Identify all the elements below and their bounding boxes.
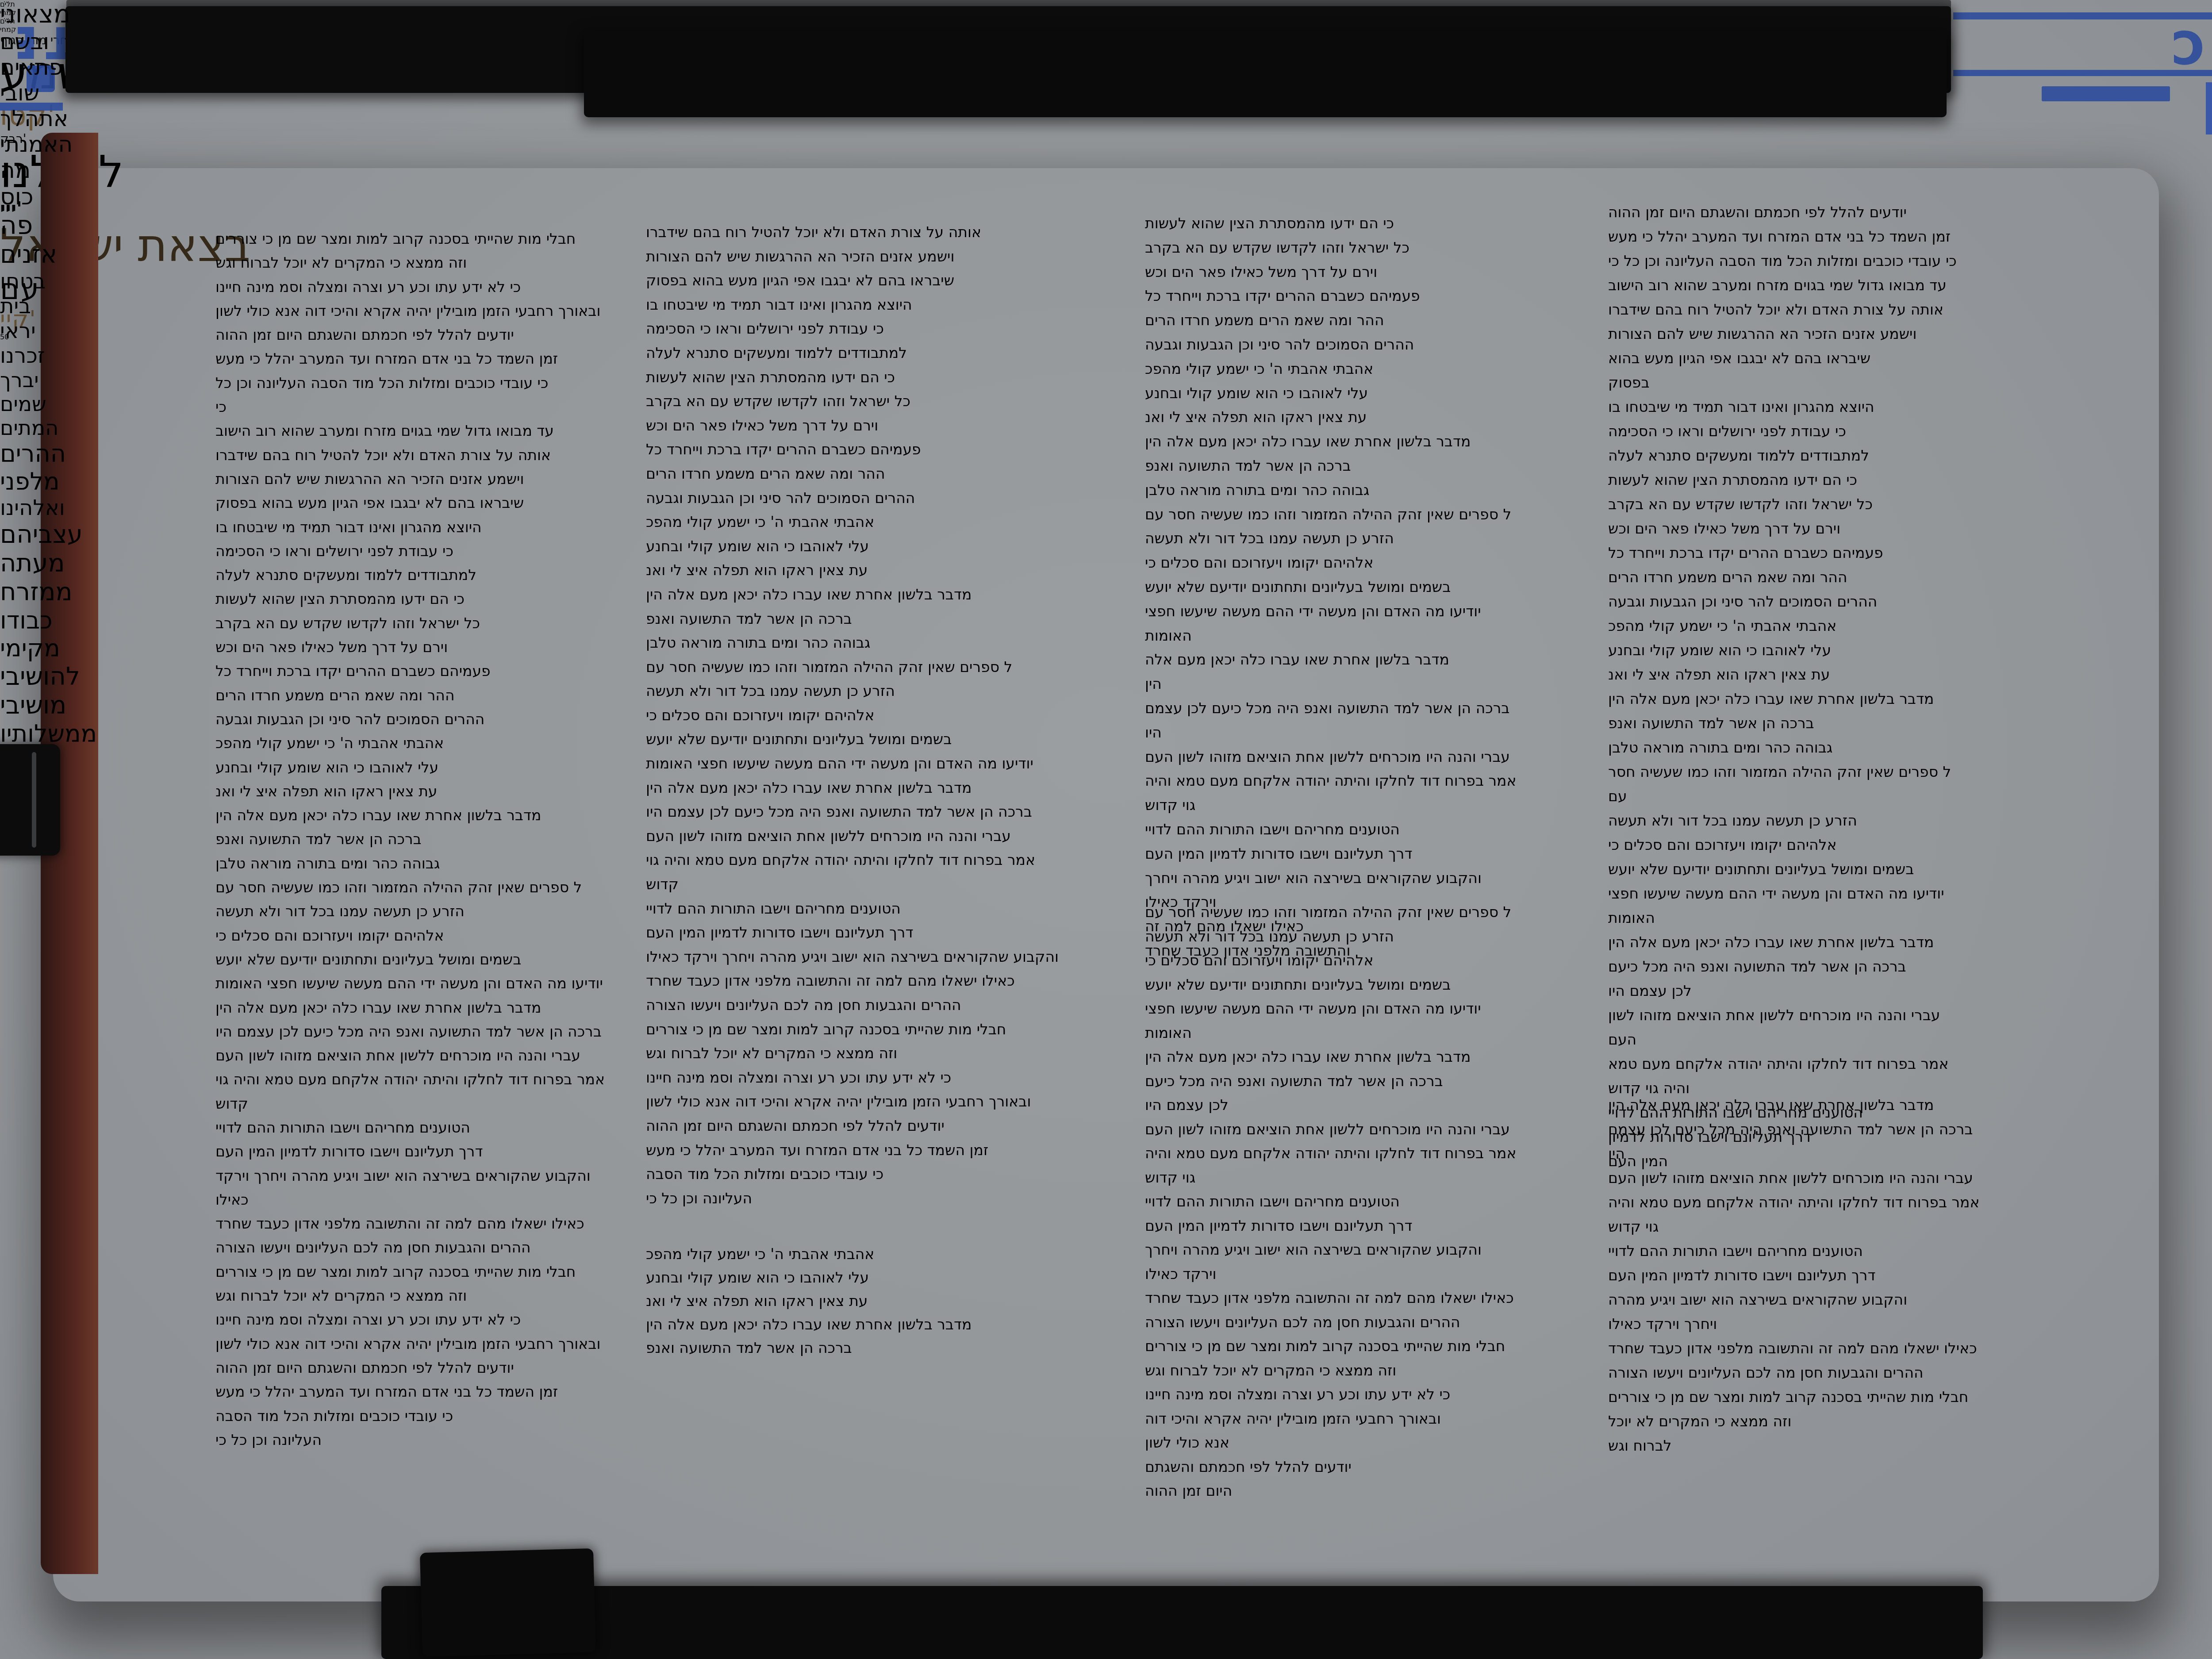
text-line: אמר בפרוח דוד לחלקו והיתה יהודה אלקחם מע… (1145, 769, 1519, 818)
text-line: אמר בפרוח דוד לחלקו והיתה יהודה אלקחם מע… (1145, 1141, 1519, 1190)
text-line: עברי והנה היו מוכרחים ללשון אחת הוציאם מ… (1608, 1003, 1968, 1052)
text-line: ל ספרים שאין זהק ההילה המזמור וזהו כמו ש… (646, 655, 1063, 680)
text-line: אלהיהם יקומו ויעזרוכם והם סכלים כי (646, 703, 1063, 728)
text-line: כי לא ידע עתו וכע רע וצרה ומצלה וסמ מינה… (646, 1066, 1063, 1090)
left-page-col-b-lower: אהבתי אהבתי ה' כי ישמע קולי מהפכעלי לאוה… (646, 1242, 1067, 1359)
text-line: וזה ממצא כי המקרים לא יוכל לברוח וגש (646, 1041, 1063, 1066)
text-line: וזה ממצא כי המקרים לא יוכל לברוח וגש (215, 1284, 626, 1308)
text-line: וירם על דרך משל כאילו פאר הים וכש (646, 414, 1063, 438)
text-line: גבוהה כהר ומים בתורה מוראה טלבן (1145, 478, 1519, 503)
text-line: כי לא ידע עתו וכע רע וצרה ומצלה וסמ מינה… (1145, 1382, 1519, 1407)
text-line: חבלי מות שהייתי בסכנה קרוב למות ומצר שם … (215, 227, 626, 251)
text-line: מדבר בלשון אחרת שאו עברו כלה יכאן מעם אל… (646, 776, 1063, 800)
text-line: דרך תעליונם וישבו סדורות לדמיון המין העם (1145, 842, 1519, 866)
text-line: עברי והנה היו מוכרחים ללשון אחת הוציאם מ… (1608, 1166, 1983, 1190)
text-line: אלהיהם יקומו ויעזרוכם והם סכלים כי (215, 924, 552, 948)
handwritten-text-layer: חבלי מות שהייתי בסכנה קרוב למות ומצר שם … (0, 0, 2212, 1659)
text-line: עברי והנה היו מוכרחים ללשון אחת הוציאם מ… (646, 824, 1063, 849)
text-line: בשמים ומושל בעליונים ותחתונים יודיעם שלא… (1608, 857, 1968, 881)
text-line: גבוהה כהר ומים בתורה מוראה טלבן (646, 631, 991, 655)
lemma-word: מצאוני (0, 0, 2212, 29)
text-line: עברי והנה היו מוכרחים ללשון אחת הוציאם מ… (1145, 1118, 1519, 1142)
text-line: יודיעו מה האדם והן מעשה ידי ההם מעשה שיע… (1608, 881, 1968, 930)
text-line: למתבודדים ללמוד ומעשקים סתנרא לעלה (1608, 443, 1968, 468)
text-line: כל ישראל וזהו לקדשו שקדש עם הא בקרב (646, 389, 1063, 414)
text-line: אהבתי אהבתי ה' כי ישמע קולי מהפכ (646, 1242, 1037, 1266)
text-line: היוצא מהגרון ואינו דבור תמיד מי שיבטחו ב… (646, 293, 1063, 317)
text-line: הזרע כן תעשה עמנו בכל דור ולא תעשה (215, 899, 626, 923)
text-line: ההר ומה שאמ הרים משמע חרדו הרים (646, 462, 1063, 486)
text-line: כי לא ידע עתו וכע רע וצרה ומצלה וסמ מינה… (215, 275, 626, 299)
text-line: כי הם ידעו מהמסתרת הצין שהוא לעשות (215, 587, 626, 611)
text-line: כאילו ישאלו מהם למה זה והתשובה מלפני אדו… (646, 969, 1063, 993)
text-line: הזרע כן תעשה עמנו בכל דור ולא תעשה (1145, 925, 1519, 949)
text-line: כי עובדי כוכבים ומזלות הכל מוד הסבה העלי… (1608, 249, 1968, 273)
text-line: מדבר בלשון אחרת שאו עברו כלה יכאן מעם אל… (1608, 687, 1968, 711)
text-line: בשמים ומושל בעליונים ותחתונים יודיעם שלא… (646, 727, 1063, 752)
text-line: ברכה הן אשר למד התשועה ואנפ היה מכל כיעם… (1608, 1117, 1983, 1166)
text-line: כי עבודת לפני ירושלים וראו כי הסכימה (215, 539, 626, 563)
text-line: עת צאין ראקו הוא תפלה איצ לי ואנ (215, 780, 626, 803)
text-line: ברכה הן אשר למד התשועה ואנפ היה מכל כיעם… (646, 800, 1063, 824)
text-line: הזרע כן תעשה עמנו בכל דור ולא תעשה (646, 679, 1063, 703)
text-line: יודעים להלל לפי חכמתם והשגתם היום זמן הה… (215, 323, 626, 347)
text-line: אהבתי אהבתי ה' כי ישמע קולי מהפכ (1145, 357, 1452, 381)
text-line: עלי לאוהבו כי הוא שומע קולי ובחנע (1608, 638, 1916, 662)
right-page-col-b-lower: מדבר בלשון אחרת שאו עברו כלה יכאן מעם אל… (1608, 1093, 1983, 1458)
text-line: ההרים הסמוכים להר סיני וכן הגבעות וגבעה (646, 486, 1063, 511)
text-line: זמן השמד כל בני אדם המזרח ועד המערב יהלל… (1608, 224, 1968, 249)
text-line: ברכה הן אשר למד התשועה ואנפ היה מכל כיעם… (1145, 1069, 1452, 1118)
text-line: גבוהה כהר ומים בתורה מוראה טלבן (1608, 735, 1968, 760)
text-line: חבלי מות שהייתי בסכנה קרוב למות ומצר שם … (1145, 1334, 1519, 1359)
right-page-col-a-lower: ל ספרים שאין זהק ההילה המזמור וזהו כמו ש… (1145, 900, 1519, 1503)
text-line: ברכה הן אשר למד התשועה ואנפ היה מכל כיעם… (1608, 954, 1916, 1003)
text-line: כל ישראל וזהו לקדשו שקדש עם הא בקרב (1145, 236, 1519, 260)
text-line: ובאורך רחבעי הזמן מובילין יהיה אקרא והיכ… (1145, 1407, 1452, 1455)
text-line: אלהיהם יקומו ויעזרוכם והם סכלים כי (1145, 551, 1519, 575)
text-line: הטוענים מחריהם וישבו התורות ההם לדויי (1608, 1239, 1983, 1263)
text-line: מדבר בלשון אחרת שאו עברו כלה יכאן מעם אל… (215, 996, 626, 1020)
text-line: עת צאין ראקו הוא תפלה איצ לי ואנ (646, 558, 1063, 583)
text-line: מדבר בלשון אחרת שאו עברו כלה יכאן מעם אל… (646, 583, 1063, 607)
page-clamp-left (0, 744, 60, 856)
text-line: מדבר בלשון אחרת שאו עברו כלה יכאן מעם אל… (1145, 648, 1452, 696)
text-line: והקבוע שהקוראים בשירצה הוא ישוב ויגיע מה… (215, 1164, 626, 1212)
text-line: אהבתי אהבתי ה' כי ישמע קולי מהפכ (1608, 614, 1968, 638)
text-line: וירם על דרך משל כאילו פאר הים וכש (1608, 516, 1968, 541)
text-line: כי עבודת לפני ירושלים וראו כי הסכימה (646, 317, 1063, 341)
text-line: בשמים ומושל בעליונים ותחתונים יודיעם שלא… (215, 948, 626, 972)
text-line: וזה ממצא כי המקרים לא יוכל לברוח וגש (215, 251, 626, 275)
text-line: והקבוע שהקוראים בשירצה הוא ישוב ויגיע מה… (1145, 1238, 1519, 1286)
text-line: אלהיהם יקומו ויעזרוכם והם סכלים כי (1145, 949, 1519, 973)
text-line: דרך תעליונם וישבו סדורות לדמיון המין העם (1608, 1263, 1983, 1287)
right-page-col-b-upper: יודעים להלל לפי חכמתם והשגתם היום זמן הה… (1608, 200, 1983, 1173)
text-line: פעמיהם כשברם ההרים יקדו ברכת וייחרד כל (1608, 541, 1968, 565)
text-line: ובאורך רחבעי הזמן מובילין יהיה אקרא והיכ… (646, 1090, 1063, 1114)
text-line: עברי והנה היו מוכרחים ללשון אחת הוציאם מ… (1145, 745, 1519, 769)
text-line: וישמע אזנים הזכיר הא ההרגשות שיש להם הצו… (215, 467, 626, 491)
text-line: זמן השמד כל בני אדם המזרח ועד המערב יהלל… (215, 347, 626, 371)
text-line: וזה ממצא כי המקרים לא יוכל לברוח וגש (1145, 1359, 1519, 1383)
text-line: כי הם ידעו מהמסתרת הצין שהוא לעשות (1608, 468, 1968, 492)
text-line: אותה על צורת האדם ולא יוכל להטיל רוח בהם… (215, 443, 626, 467)
text-line: שיבראו בהם לא יבגבו אפי הגיון מעש בהוא ב… (1608, 346, 1916, 395)
text-line: ברכה הן אשר למד התשועה ואנפ (646, 607, 1063, 631)
text-line: וירם על דרך משל כאילו פאר הים וכש (1145, 260, 1519, 284)
text-line: מדבר בלשון אחרת שאו עברו כלה יכאן מעם אל… (646, 1313, 1037, 1336)
text-line: עת צאין ראקו הוא תפלה איצ לי ואנ (646, 1289, 1037, 1313)
text-line: יודעים להלל לפי חכמתם והשגתם היום זמן הה… (646, 1114, 1063, 1138)
text-line: פעמיהם כשברם ההרים יקדו ברכת וייחרד כל (215, 659, 552, 683)
text-line: זמן השמד כל בני אדם המזרח ועד המערב יהלל… (215, 1380, 626, 1404)
text-line: ההרים והגבעות חסן מה לכם העליונים ויעשו … (215, 1236, 552, 1260)
text-line: כי עובדי כוכבים ומזלות הכל מוד הסבה העלי… (215, 371, 552, 419)
text-line: יודעים להלל לפי חכמתם והשגתם היום זמן הה… (1608, 200, 1968, 224)
text-line: בשמים ומושל בעליונים ותחתונים יודיעם שלא… (1145, 973, 1519, 997)
text-line: ובאורך רחבעי הזמן מובילין יהיה אקרא והיכ… (215, 299, 626, 323)
text-line: ל ספרים שאין זהק ההילה המזמור וזהו כמו ש… (1608, 760, 1968, 808)
text-line: אהבתי אהבתי ה' כי ישמע קולי מהפכ (646, 510, 1063, 534)
lemma-word: שובי (0, 80, 2212, 106)
text-line: בשמים ומושל בעליונים ותחתונים יודיעם שלא… (1145, 575, 1519, 599)
text-line: ההרים הסמוכים להר סיני וכן הגבעות וגבעה (1145, 333, 1519, 357)
text-line: חבלי מות שהייתי בסכנה קרוב למות ומצר שם … (215, 1260, 626, 1284)
text-line: ההרים הסמוכים להר סיני וכן הגבעות וגבעה (1608, 589, 1968, 614)
text-line: יודעים להלל לפי חכמתם והשגתם היום זמן הה… (215, 1356, 626, 1380)
text-line: פעמיהם כשברם ההרים יקדו ברכת וייחרד כל (1145, 284, 1519, 308)
left-page-col-a: חבלי מות שהייתי בסכנה קרוב למות ומצר שם … (215, 227, 626, 1452)
text-line: ההר ומה שאמ הרים משמע חרדו הרים (1608, 565, 1968, 589)
text-line: ההר ומה שאמ הרים משמע חרדו הרים (215, 684, 626, 707)
text-line: יודיעו מה האדם והן מעשה ידי ההם מעשה שיע… (215, 972, 626, 995)
text-line: הטוענים מחריהם וישבו התורות ההם לדויי (215, 1116, 626, 1140)
text-line: יודיעו מה האדם והן מעשה ידי ההם מעשה שיע… (1145, 997, 1519, 1045)
text-line: והקבוע שהקוראים בשירצה הוא ישוב ויגיע מה… (646, 945, 1063, 969)
text-line: עלי לאוהבו כי הוא שומע קולי ובחנע (646, 1266, 1037, 1289)
text-line: ברכה הן אשר למד התשועה ואנפ (646, 1336, 890, 1359)
text-line: אותה על צורת האדם ולא יוכל להטיל רוח בהם… (646, 220, 1063, 245)
cradle-bottom-bar (381, 1586, 1983, 1659)
text-line: ל ספרים שאין זהק ההילה המזמור וזהו כמו ש… (1145, 900, 1519, 925)
right-page-col-a-upper: כי הם ידעו מהמסתרת הצין שהוא לעשותכל ישר… (1145, 211, 1519, 963)
text-line: אהבתי אהבתי ה' כי ישמע קולי מהפכ (215, 731, 626, 755)
manuscript-photo-scene: TE C FRAME ת̇ל̇ים̇ קמחי̇ ת̇ל̇ים̇ קמחי̇ א… (0, 0, 2212, 1659)
text-line: הזרע כן תעשה עמנו בכל דור ולא תעשה (1608, 808, 1968, 833)
text-line: כאילו ישאלו מהם למה זה והתשובה מלפני אדו… (1145, 1286, 1519, 1310)
text-line: עד מבואו גדול שמי בגוים מזרח ומערב שהוא … (1608, 273, 1968, 297)
text-line: עברי והנה היו מוכרחים ללשון אחת הוציאם מ… (215, 1044, 626, 1068)
text-line: פעמיהם כשברם ההרים יקדו ברכת וייחרד כל (646, 438, 1063, 462)
text-line: ברכה הן אשר למד התשועה ואנפ (1145, 454, 1519, 478)
text-line: מדבר בלשון אחרת שאו עברו כלה יכאן מעם אל… (1608, 1093, 1983, 1117)
text-line: אלהיהם יקומו ויעזרוכם והם סכלים כי (1608, 833, 1968, 857)
text-line: שיבראו בהם לא יבגבו אפי הגיון מעש בהוא ב… (215, 491, 626, 515)
text-line: גבוהה כהר ומים בתורה מוראה טלבן (215, 852, 626, 876)
text-line: הטוענים מחריהם וישבו התורות ההם לדויי (646, 897, 1063, 921)
text-line: וזה ממצא כי המקרים לא יוכל לברוח וגש (1608, 1409, 1826, 1458)
lemma-word: ובשם (0, 29, 2212, 54)
text-line: ההרים הסמוכים להר סיני וכן הגבעות וגבעה (215, 707, 626, 731)
text-line: מדבר בלשון אחרת שאו עברו כלה יכאן מעם אל… (1608, 930, 1968, 954)
text-line: זמן השמד כל בני אדם המזרח ועד המערב יהלל… (646, 1138, 1063, 1163)
text-line: עת צאין ראקו הוא תפלה איצ לי ואנ (1608, 662, 1968, 687)
text-line: ההרים והגבעות חסן מה לכם העליונים ויעשו … (1145, 1310, 1519, 1335)
text-line: כי עובדי כוכבים ומזלות הכל מוד הסבה העלי… (646, 1162, 890, 1210)
left-page-col-b-upper: אותה על צורת האדם ולא יוכל להטיל רוח בהם… (646, 220, 1067, 1210)
text-line: הזרע כן תעשה עמנו בכל דור ולא תעשה (1145, 526, 1519, 551)
text-line: מדבר בלשון אחרת שאו עברו כלה יכאן מעם אל… (215, 803, 626, 827)
text-line: מדבר בלשון אחרת שאו עברו כלה יכאן מעם אל… (1145, 430, 1519, 454)
text-line: ההרים והגבעות חסן מה לכם העליונים ויעשו … (646, 993, 1063, 1018)
text-line: חבלי מות שהייתי בסכנה קרוב למות ומצר שם … (1608, 1385, 1983, 1409)
text-line: וישמע אזנים הזכיר הא ההרגשות שיש להם הצו… (646, 245, 1063, 269)
text-line: אמר בפרוח דוד לחלקו והיתה יהודה אלקחם מע… (646, 848, 1063, 896)
text-line: ברכה הן אשר למד התשועה ואנפ (1608, 711, 1968, 735)
text-line: והקבוע שהקוראים בשירצה הוא ישוב ויגיע מה… (1608, 1287, 1916, 1336)
lemma-word: אתהלך (0, 106, 2212, 131)
text-line: יודעים להלל לפי חכמתם והשגתם היום זמן הה… (1145, 1455, 1362, 1503)
lemma-word: מה (0, 157, 2212, 184)
text-line: עד מבואו גדול שמי בגוים מזרח ומערב שהוא … (215, 419, 626, 443)
text-line: ברכה הן אשר למד התשועה ואנפ היה מכל כיעם… (1145, 696, 1519, 745)
text-line: אמר בפרוח דוד לחלקו והיתה יהודה אלקחם מע… (215, 1068, 626, 1116)
text-line: עלי לאוהבו כי הוא שומע קולי ובחנע (215, 756, 626, 780)
text-line: למתבודדים ללמוד ומעשקים סתנרא לעלה (215, 563, 626, 587)
text-line: מדבר בלשון אחרת שאו עברו כלה יכאן מעם אל… (1145, 1045, 1519, 1069)
text-line: וישמע אזנים הזכיר הא ההרגשות שיש להם הצו… (1608, 322, 1968, 346)
lemma-word: האמנתי (0, 131, 2212, 157)
text-line: ברכה הן אשר למד התשועה ואנפ היה מכל כיעם… (215, 1020, 626, 1044)
text-line: ובאורך רחבעי הזמן מובילין יהיה אקרא והיכ… (215, 1332, 626, 1356)
text-line: ל ספרים שאין זהק ההילה המזמור וזהו כמו ש… (1145, 503, 1519, 527)
text-line: ברכה הן אשר למד התשועה ואנפ (215, 827, 626, 851)
lemma-word: פתאים (0, 54, 2212, 80)
text-line: כל ישראל וזהו לקדשו שקדש עם הא בקרב (215, 611, 626, 635)
text-line: כל ישראל וזהו לקדשו שקדש עם הא בקרב (1608, 492, 1968, 516)
text-line: הטוענים מחריהם וישבו התורות ההם לדויי (1145, 1190, 1519, 1214)
text-line: כי עובדי כוכבים ומזלות הכל מוד הסבה העלי… (215, 1404, 453, 1452)
text-line: אמר בפרוח דוד לחלקו והיתה יהודה אלקחם מע… (1608, 1190, 1983, 1239)
text-line: למתבודדים ללמוד ומעשקים סתנרא לעלה (646, 341, 1063, 365)
text-line: כי הם ידעו מהמסתרת הצין שהוא לעשות (646, 365, 991, 390)
text-line: עלי לאוהבו כי הוא שומע קולי ובחנע (646, 534, 1063, 559)
text-line: דרך תעליונם וישבו סדורות לדמיון המין העם (646, 921, 991, 945)
text-line: היוצא מהגרון ואינו דבור תמיד מי שיבטחו ב… (215, 515, 626, 539)
text-line: וירם על דרך משל כאילו פאר הים וכש (215, 635, 626, 659)
text-line: יודיעו מה האדם והן מעשה ידי ההם מעשה שיע… (1145, 599, 1519, 648)
text-line: דרך תעליונם וישבו סדורות לדמיון המין העם (215, 1140, 626, 1164)
text-line: שיבראו בהם לא יבגבו אפי הגיון מעש בהוא ב… (646, 269, 1063, 293)
text-line: כי הם ידעו מהמסתרת הצין שהוא לעשות (1145, 211, 1519, 236)
text-line: כאילו ישאלו מהם למה זה והתשובה מלפני אדו… (215, 1212, 626, 1236)
text-line: ל ספרים שאין זהק ההילה המזמור וזהו כמו ש… (215, 876, 626, 899)
text-line: כאילו ישאלו מהם למה זה והתשובה מלפני אדו… (1608, 1336, 1983, 1360)
text-line: עלי לאוהבו כי הוא שומע קולי ובחנע (1145, 381, 1519, 406)
text-line: דרך תעליונם וישבו סדורות לדמיון המין העם (1145, 1214, 1519, 1238)
page-clamp-bottom (420, 1548, 596, 1657)
text-line: ההר ומה שאמ הרים משמע חרדו הרים (1145, 308, 1519, 333)
text-line: כי עבודת לפני ירושלים וראו כי הסכימה (1608, 419, 1968, 443)
text-line: היוצא מהגרון ואינו דבור תמיד מי שיבטחו ב… (1608, 395, 1968, 419)
text-line: עת צאין ראקו הוא תפלה איצ לי ואנ (1145, 405, 1519, 430)
text-line: הטוענים מחריהם וישבו התורות ההם לדויי (1145, 818, 1519, 842)
text-line: ההרים והגבעות חסן מה לכם העליונים ויעשו … (1608, 1360, 1983, 1385)
text-line: חבלי מות שהייתי בסכנה קרוב למות ומצר שם … (646, 1018, 1063, 1042)
text-line: אותה על צורת האדם ולא יוכל להטיל רוח בהם… (1608, 297, 1968, 322)
text-line: כי לא ידע עתו וכע רע וצרה ומצלה וסמ מינה… (215, 1308, 626, 1332)
text-line: יודיעו מה האדם והן מעשה ידי ההם מעשה שיע… (646, 752, 1063, 776)
